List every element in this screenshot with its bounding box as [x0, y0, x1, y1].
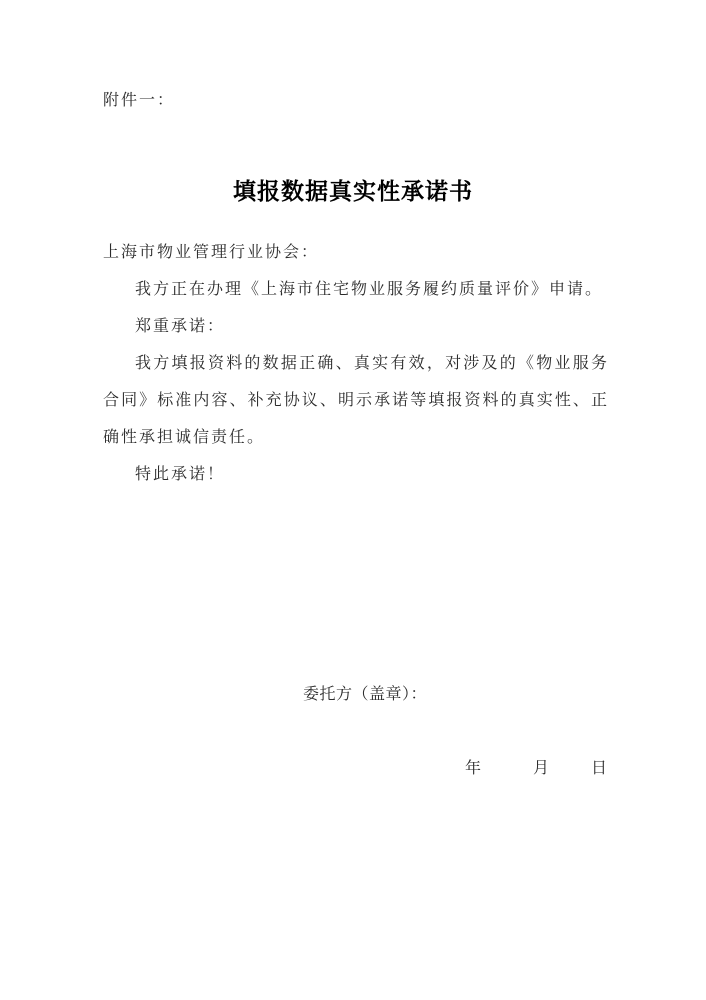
- document-body: 上海市物业管理行业协会： 我方正在办理《上海市住宅物业服务履约质量评价》申请。 …: [103, 234, 609, 493]
- paragraph: 我方填报资料的数据正确、真实有效，对涉及的《物业服务合同》标准内容、补充协议、明…: [103, 345, 609, 456]
- paragraph: 郑重承诺：: [103, 308, 609, 345]
- date-day: 日: [591, 758, 607, 780]
- document-title: 填报数据真实性承诺书: [0, 176, 706, 206]
- date-month: 月: [533, 758, 549, 780]
- salutation: 上海市物业管理行业协会：: [103, 234, 609, 271]
- date-year: 年: [465, 760, 481, 777]
- signature-label: 委托方（盖章）：: [303, 684, 427, 706]
- document-page: 附件一： 填报数据真实性承诺书 上海市物业管理行业协会： 我方正在办理《上海市住…: [0, 0, 706, 1000]
- paragraph: 特此承诺！: [103, 456, 609, 493]
- paragraph: 我方正在办理《上海市住宅物业服务履约质量评价》申请。: [103, 271, 609, 308]
- attachment-label: 附件一：: [103, 91, 175, 111]
- date-line: 年 月 日: [465, 758, 607, 780]
